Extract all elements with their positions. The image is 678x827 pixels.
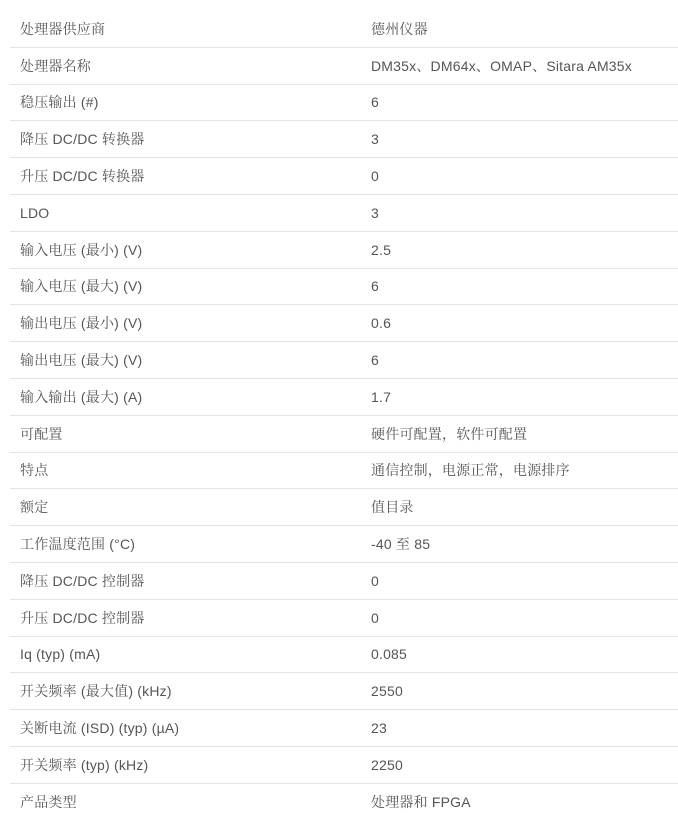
table-row: 升压 DC/DC 转换器 0 [10,158,678,195]
table-row: 处理器名称 DM35x、DM64x、OMAP、Sitara AM35x [10,48,678,85]
spec-value: -40 至 85 [371,534,678,554]
table-row: 输出电压 (最大) (V) 6 [10,342,678,379]
spec-value: 0.6 [371,315,678,331]
table-row: 降压 DC/DC 转换器 3 [10,121,678,158]
spec-value: 0 [371,573,678,589]
spec-label: 关断电流 (ISD) (typ) (µA) [10,718,371,738]
spec-label: 开关频率 (typ) (kHz) [10,755,371,775]
table-row: 特点 通信控制，电源正常，电源排序 [10,453,678,490]
spec-label: Iq (typ) (mA) [10,646,371,662]
table-row: 升压 DC/DC 控制器 0 [10,600,678,637]
spec-value: 6 [371,352,678,368]
spec-label: 降压 DC/DC 转换器 [10,129,371,149]
table-row: 额定 值目录 [10,489,678,526]
spec-label: 升压 DC/DC 控制器 [10,608,371,628]
spec-value: 2.5 [371,242,678,258]
table-row: 工作温度范围 (°C) -40 至 85 [10,526,678,563]
spec-label: 输出电压 (最小) (V) [10,313,371,333]
spec-value: 6 [371,278,678,294]
spec-value: 0.085 [371,646,678,662]
table-row: 关断电流 (ISD) (typ) (µA) 23 [10,710,678,747]
table-row: 输出电压 (最小) (V) 0.6 [10,305,678,342]
spec-value: 23 [371,720,678,736]
spec-label: 额定 [10,497,371,517]
table-row: 输入电压 (最小) (V) 2.5 [10,232,678,269]
spec-label: 升压 DC/DC 转换器 [10,166,371,186]
table-row: 降压 DC/DC 控制器 0 [10,563,678,600]
spec-label: 工作温度范围 (°C) [10,534,371,554]
spec-label: 可配置 [10,424,371,444]
spec-value: 硬件可配置，软件可配置 [371,424,678,444]
spec-label: 输入电压 (最大) (V) [10,276,371,296]
spec-value: DM35x、DM64x、OMAP、Sitara AM35x [371,56,678,76]
table-row: 可配置 硬件可配置，软件可配置 [10,416,678,453]
spec-label: LDO [10,205,371,221]
spec-value: 0 [371,168,678,184]
spec-value: 3 [371,131,678,147]
spec-label: 处理器名称 [10,56,371,76]
table-row: LDO 3 [10,195,678,232]
spec-value: 1.7 [371,389,678,405]
spec-table: 处理器供应商 德州仪器 处理器名称 DM35x、DM64x、OMAP、Sitar… [10,11,678,821]
spec-value: 通信控制，电源正常，电源排序 [371,460,678,480]
spec-value: 2250 [371,757,678,773]
spec-label: 产品类型 [10,792,371,812]
table-row: 产品类型 处理器和 FPGA [10,784,678,821]
spec-label: 稳压输出 (#) [10,92,371,112]
spec-label: 处理器供应商 [10,19,371,39]
spec-label: 输入输出 (最大) (A) [10,387,371,407]
table-row: 处理器供应商 德州仪器 [10,11,678,48]
spec-value: 3 [371,205,678,221]
table-row: 输入输出 (最大) (A) 1.7 [10,379,678,416]
spec-label: 开关频率 (最大值) (kHz) [10,681,371,701]
spec-label: 输出电压 (最大) (V) [10,350,371,370]
table-row: 稳压输出 (#) 6 [10,85,678,122]
table-row: 开关频率 (最大值) (kHz) 2550 [10,673,678,710]
spec-label: 特点 [10,460,371,480]
spec-value: 德州仪器 [371,19,678,39]
spec-value: 值目录 [371,497,678,517]
spec-value: 6 [371,94,678,110]
spec-label: 降压 DC/DC 控制器 [10,571,371,591]
table-row: Iq (typ) (mA) 0.085 [10,637,678,674]
spec-label: 输入电压 (最小) (V) [10,240,371,260]
spec-value: 2550 [371,683,678,699]
table-row: 输入电压 (最大) (V) 6 [10,269,678,306]
spec-value: 处理器和 FPGA [371,792,678,812]
spec-value: 0 [371,610,678,626]
table-row: 开关频率 (typ) (kHz) 2250 [10,747,678,784]
